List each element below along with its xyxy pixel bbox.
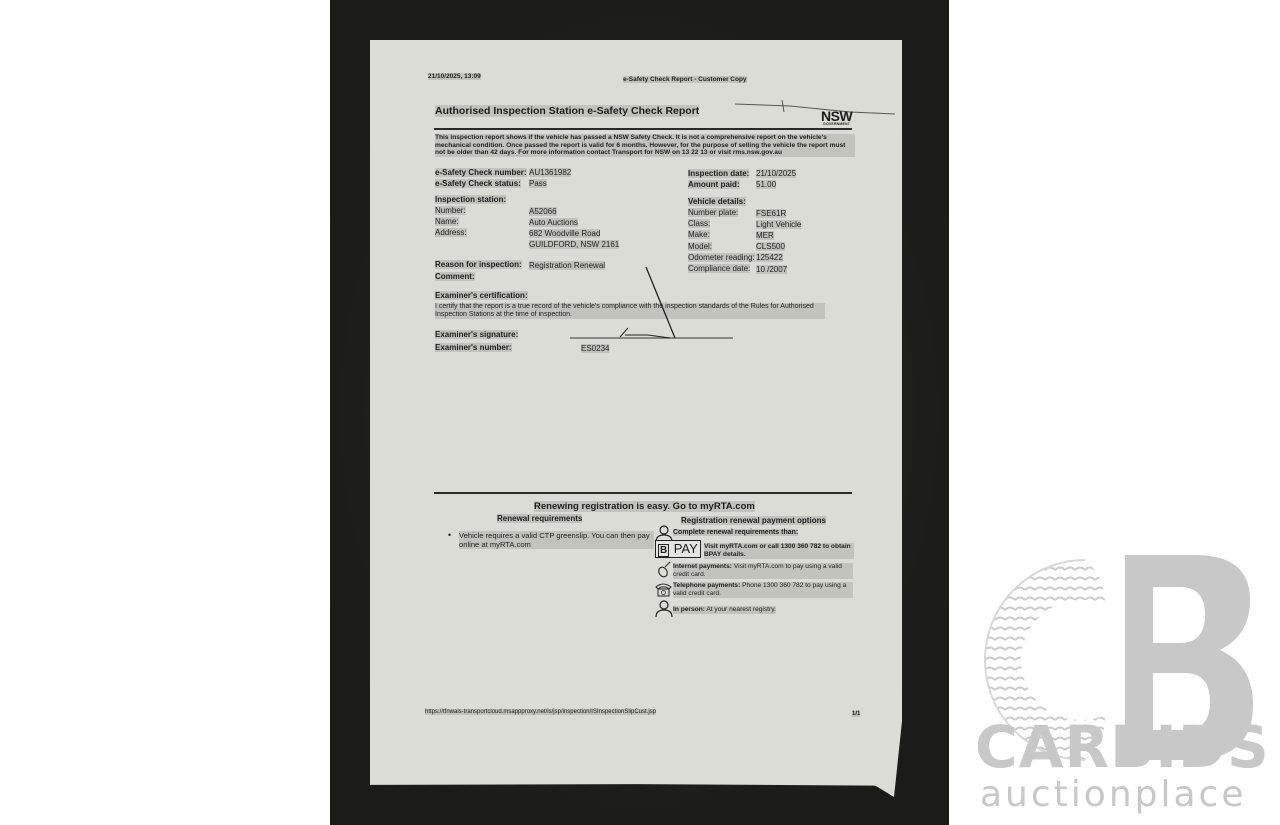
examiner-number-label: Examiner's number: bbox=[435, 343, 512, 352]
mouse-icon bbox=[655, 562, 671, 578]
inspection-date-value: 21/10/2025 bbox=[756, 169, 796, 178]
station-address-line1: 682 Woodville Road bbox=[529, 229, 600, 238]
header-divider bbox=[434, 128, 852, 130]
in-person-option-detail: At your nearest registry. bbox=[705, 606, 776, 613]
payment-options-heading: Registration renewal payment options bbox=[681, 516, 826, 525]
station-number-label: Number: bbox=[435, 206, 466, 215]
bpay-option-text: Visit myRTA.com or call 1300 360 782 to … bbox=[704, 543, 854, 559]
vehicle-detail-label: Model: bbox=[688, 242, 712, 251]
internet-option-text: Internet payments: Visit myRTA.com to pa… bbox=[673, 563, 853, 579]
intro-paragraph: This inspection report shows if the vehi… bbox=[435, 134, 855, 157]
check-number-value: AU1361982 bbox=[529, 168, 571, 177]
footer-url: https://tfnwais-transportcloud.msappprox… bbox=[425, 709, 656, 715]
examiner-signature bbox=[570, 265, 740, 345]
comment-label: Comment: bbox=[435, 272, 475, 281]
telephone-option-text: Telephone payments: Phone 1300 360 782 t… bbox=[673, 582, 853, 598]
station-name-label: Name: bbox=[435, 217, 459, 226]
renewal-title: Renewing registration is easy. Go to myR… bbox=[534, 501, 755, 512]
telephone-icon bbox=[655, 581, 672, 597]
bpay-logo-text: PAY bbox=[674, 541, 698, 556]
pen-scribble-line bbox=[730, 98, 900, 118]
document-caption: e-Safety Check Report - Customer Copy bbox=[623, 76, 747, 83]
vehicle-detail-value: FSE61R bbox=[756, 209, 786, 218]
nsw-logo-text: NSW bbox=[821, 110, 852, 122]
station-name-value: Auto Auctions bbox=[529, 218, 578, 227]
report-title: Authorised Inspection Station e-Safety C… bbox=[435, 105, 699, 117]
vehicle-detail-label: Number plate: bbox=[688, 208, 738, 217]
payment-intro: Complete renewal requirements than: bbox=[673, 529, 798, 536]
amount-paid-label: Amount paid: bbox=[688, 180, 740, 189]
check-status-value: Pass bbox=[529, 179, 547, 188]
vehicle-detail-value: 125422 bbox=[756, 253, 783, 262]
vehicle-detail-label: Make: bbox=[688, 230, 710, 239]
certification-heading: Examiner's certification: bbox=[435, 291, 528, 300]
vehicle-detail-label: Class: bbox=[688, 219, 710, 228]
inspection-report-paper: 21/10/2025, 13:09 e-Safety Check Report … bbox=[370, 40, 902, 797]
print-timestamp: 21/10/2025, 13:09 bbox=[428, 73, 481, 80]
renewal-divider bbox=[434, 492, 852, 494]
bullet-icon: • bbox=[448, 530, 451, 540]
inspection-date-label: Inspection date: bbox=[688, 169, 749, 178]
requirement-text: Vehicle requires a valid CTP greenslip. … bbox=[459, 531, 654, 549]
auctionplace-tagline: auctionplace bbox=[980, 774, 1246, 815]
page-number: 1/1 bbox=[852, 711, 860, 717]
examiner-number-value: ES0234 bbox=[581, 344, 609, 353]
bpay-b-mark: B bbox=[658, 544, 669, 557]
check-number-label: e-Safety Check number: bbox=[435, 168, 527, 177]
amount-paid-value: 51.00 bbox=[756, 180, 776, 189]
requirement-item: • Vehicle requires a valid CTP greenslip… bbox=[448, 531, 654, 549]
carbids-brand-text: CARBIDS bbox=[975, 713, 1270, 781]
in-person-option-text: In person: At your nearest registry. bbox=[673, 606, 776, 614]
station-address-line2: GUILDFORD, NSW 2161 bbox=[529, 240, 619, 249]
station-address-label: Address: bbox=[435, 228, 467, 237]
vehicle-detail-value: 10 /2007 bbox=[756, 265, 787, 274]
signature-label: Examiner's signature: bbox=[435, 330, 518, 339]
nsw-logo-subtext: GOVERNMENT bbox=[821, 122, 852, 126]
vehicle-detail-value: Light Vehicle bbox=[756, 220, 801, 229]
renewal-requirements-heading: Renewal requirements bbox=[497, 514, 582, 523]
vehicle-detail-value: MER bbox=[756, 231, 774, 240]
reason-label: Reason for inspection: bbox=[435, 260, 522, 269]
vehicle-detail-label: Odometer reading: bbox=[688, 253, 755, 262]
station-heading: Inspection station: bbox=[435, 195, 506, 204]
vehicle-detail-value: CLS500 bbox=[756, 242, 785, 251]
station-number-value: A52066 bbox=[529, 207, 557, 216]
in-person-option-bold: In person: bbox=[673, 606, 705, 613]
nsw-government-logo: NSW GOVERNMENT bbox=[821, 110, 852, 126]
telephone-option-bold: Telephone payments: bbox=[673, 582, 740, 589]
internet-option-bold: Internet payments: bbox=[673, 563, 732, 570]
person-icon bbox=[655, 600, 673, 618]
bpay-icon: B PAY bbox=[655, 540, 701, 558]
check-status-label: e-Safety Check status: bbox=[435, 179, 521, 188]
vehicle-heading: Vehicle details: bbox=[688, 197, 746, 206]
